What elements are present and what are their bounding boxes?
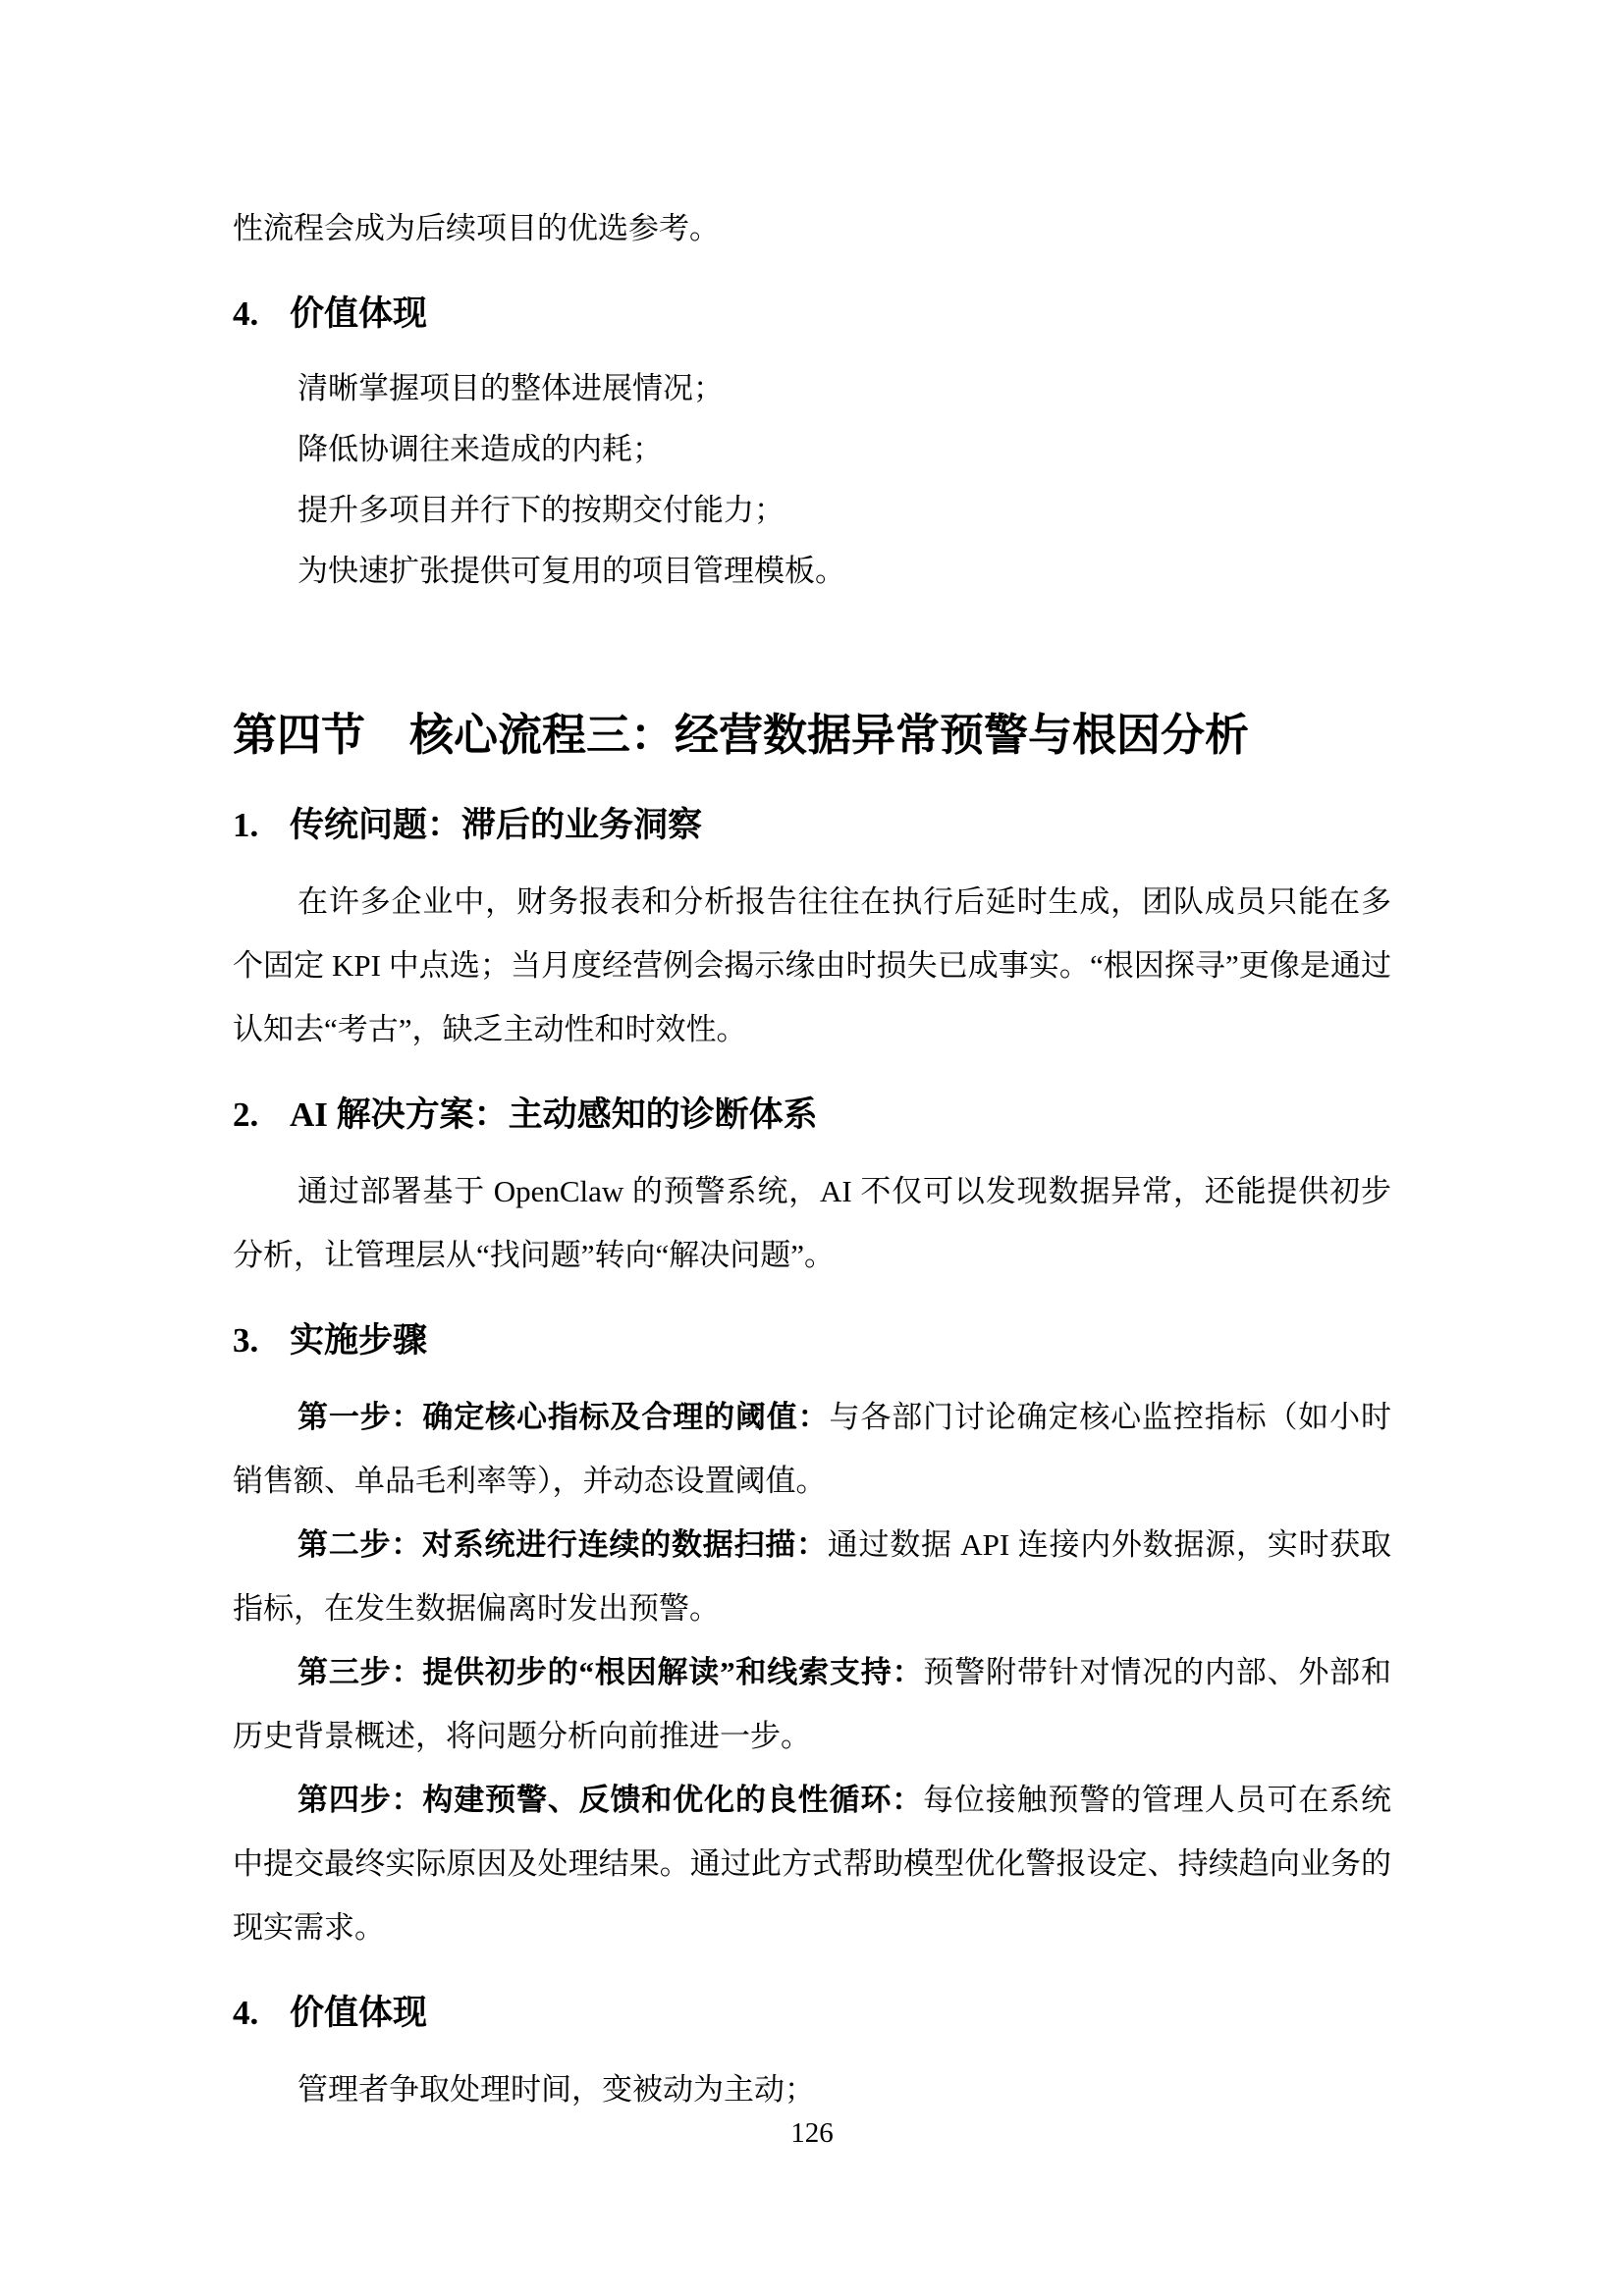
step-paragraph-4: 第四步：构建预警、反馈和优化的良性循环：每位接触预警的管理人员可在系统中提交最终…: [233, 1768, 1391, 1959]
heading-number: 4.: [233, 1989, 290, 2038]
step-lead: 第一步：确定核心指标及合理的阈值：: [298, 1400, 830, 1434]
step-lead: 第二步：对系统进行连续的数据扫描：: [298, 1527, 828, 1562]
chapter-number: 第四节: [233, 706, 409, 765]
page-number: 126: [0, 2117, 1624, 2150]
heading-number: 3.: [233, 1316, 290, 1365]
heading-title: AI 解决方案：主动感知的诊断体系: [290, 1095, 818, 1134]
heading-value-1: 4.价值体现: [233, 290, 1391, 339]
step-paragraph-3: 第三步：提供初步的“根因解读”和线索支持：预警附带针对情况的内部、外部和历史背景…: [233, 1640, 1391, 1768]
heading-ai-solution: 2.AI 解决方案：主动感知的诊断体系: [233, 1091, 1391, 1140]
paragraph-problem: 在许多企业中，财务报表和分析报告往往在执行后延时生成，团队成员只能在多个固定 K…: [233, 870, 1391, 1061]
step-paragraph-2: 第二步：对系统进行连续的数据扫描：通过数据 API 连接内外数据源，实时获取指标…: [233, 1513, 1391, 1640]
paragraph-solution: 通过部署基于 OpenClaw 的预警系统，AI 不仅可以发现数据异常，还能提供…: [233, 1159, 1391, 1287]
paragraph-value: 管理者争取处理时间，变被动为主动；: [233, 2057, 1391, 2121]
heading-implementation-steps: 3.实施步骤: [233, 1316, 1391, 1365]
chapter-title: 核心流程三：经营数据异常预警与根因分析: [409, 711, 1249, 760]
page-content: 性流程会成为后续项目的优选参考。 4.价值体现 清晰掌握项目的整体进展情况； 降…: [233, 196, 1391, 2121]
value-item: 为快速扩张提供可复用的项目管理模板。: [233, 541, 1391, 602]
chapter-heading: 第四节核心流程三：经营数据异常预警与根因分析: [233, 706, 1391, 765]
heading-title: 传统问题：滞后的业务洞察: [290, 806, 702, 844]
step-paragraph-1: 第一步：确定核心指标及合理的阈值：与各部门讨论确定核心监控指标（如小时销售额、单…: [233, 1385, 1391, 1513]
value-item: 降低协调往来造成的内耗；: [233, 419, 1391, 480]
heading-number: 4.: [233, 290, 290, 339]
heading-title: 价值体现: [290, 1994, 427, 2032]
step-lead: 第四步：构建预警、反馈和优化的良性循环：: [298, 1783, 923, 1817]
value-item: 清晰掌握项目的整体进展情况；: [233, 358, 1391, 419]
heading-number: 2.: [233, 1091, 290, 1140]
heading-title: 价值体现: [290, 294, 427, 333]
heading-value-2: 4.价值体现: [233, 1989, 1391, 2038]
heading-traditional-problem: 1.传统问题：滞后的业务洞察: [233, 801, 1391, 850]
document-page: 性流程会成为后续项目的优选参考。 4.价值体现 清晰掌握项目的整体进展情况； 降…: [0, 0, 1624, 2296]
step-lead: 第三步：提供初步的“根因解读”和线索支持：: [298, 1655, 923, 1689]
heading-title: 实施步骤: [290, 1321, 427, 1360]
heading-number: 1.: [233, 801, 290, 850]
paragraph-continuation: 性流程会成为后续项目的优选参考。: [233, 196, 1391, 260]
value-item: 提升多项目并行下的按期交付能力；: [233, 480, 1391, 541]
